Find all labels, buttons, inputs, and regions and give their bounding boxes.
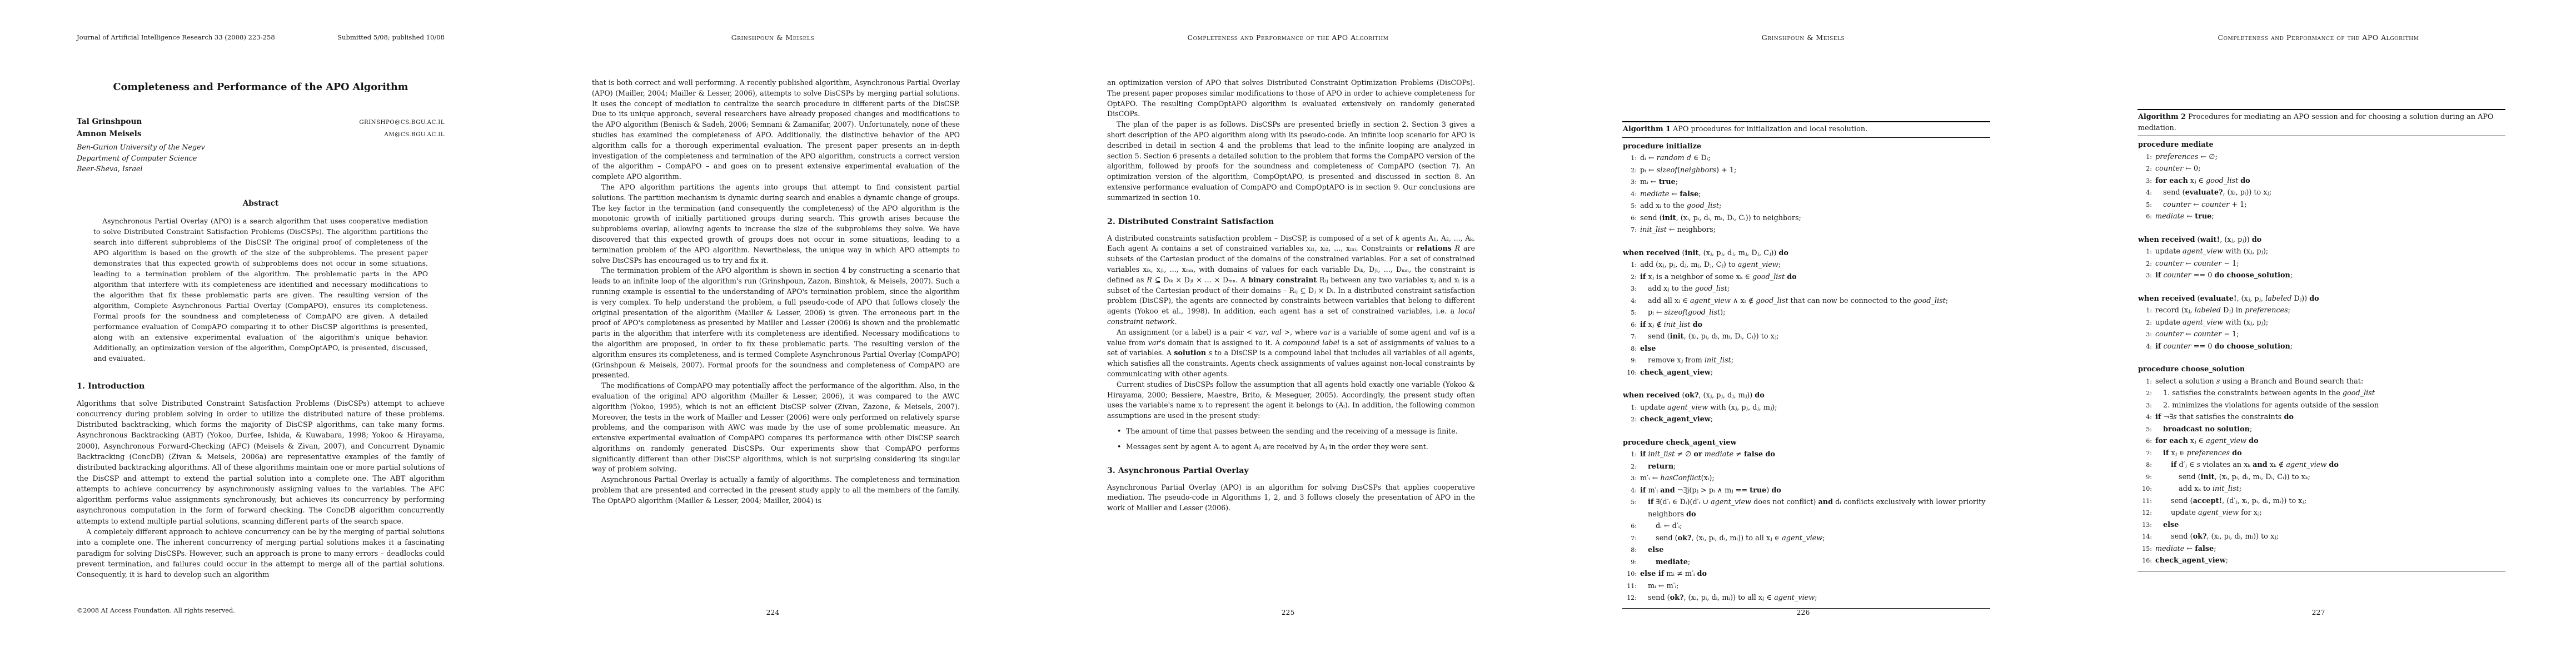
affiliation-line: Beer-Sheva, Israel [77, 163, 445, 175]
author-row: Tal Grinshpoun GRINSHPO@CS.BGU.AC.IL [77, 116, 445, 128]
line-content: send (ok?, (xᵢ, pᵢ, dᵢ, mᵢ)) to all xⱼ ∈… [1640, 592, 1990, 604]
line-content: 2. minimizes the violations for agents o… [2155, 400, 2505, 412]
algorithm-line: 7:if xⱼ ∈ preferences do [2137, 447, 2505, 460]
line-content: counter ← counter − 1; [2155, 258, 2505, 270]
paragraph: Current studies of DisCSPs follow the as… [1107, 380, 1475, 421]
affiliation-line: Department of Computer Science [77, 153, 445, 164]
line-number: 6: [2137, 435, 2155, 447]
algorithm-line: 6:dᵢ ← d′ᵢ; [1622, 520, 1990, 532]
line-number: 4: [2137, 411, 2155, 424]
algorithm-line: 3:mᵢ ← true; [1622, 176, 1990, 188]
algorithm-line: 2:return; [1622, 461, 1990, 473]
line-content: else [1640, 343, 1990, 355]
algorithm-line: 4:if ¬∃s that satisfies the constraints … [2137, 411, 2505, 424]
page-225: Completeness and Performance of the APO … [1030, 0, 1546, 667]
line-number: 10: [1622, 568, 1640, 580]
algorithm-line: 5:broadcast no solution; [2137, 424, 2505, 436]
algorithm-line: 3:2. minimizes the violations for agents… [2137, 400, 2505, 412]
line-content: broadcast no solution; [2155, 424, 2505, 436]
line-content: check_agent_view; [1640, 414, 1990, 426]
line-content: pᵢ ← sizeof(good_list); [1640, 307, 1990, 319]
line-content: m′ᵢ ← hasConflict(xᵢ); [1640, 472, 1990, 485]
algorithm-line: 4:add all xₗ ∈ agent_view ∧ xₗ ∉ good_li… [1622, 295, 1990, 307]
line-number: 3: [1622, 176, 1640, 188]
algorithm-line: 4:if counter == 0 do choose_solution; [2137, 341, 2505, 353]
algorithm-line: 4:send (evaluate?, (xᵢ, pᵢ)) to xⱼ; [2137, 187, 2505, 199]
document-canvas: { "pages": { "p223": { "header_left": "J… [0, 0, 2576, 667]
paragraph: The termination problem of the APO algor… [592, 266, 960, 381]
paragraph: The plan of the paper is as follows. Dis… [1107, 120, 1475, 203]
algorithm-line: 7:send (init, (xᵢ, pᵢ, dᵢ, mᵢ, Dᵢ, Cᵢ)) … [1622, 331, 1990, 343]
algorithm-line: 3:counter ← counter − 1; [2137, 328, 2505, 341]
algorithm-line: 7:init_list ← neighbors; [1622, 224, 1990, 236]
line-content: send (ok?, (xᵢ, pᵢ, dᵢ, mᵢ)) to xⱼ; [2155, 531, 2505, 543]
line-number: 8: [1622, 343, 1640, 355]
algorithm-group: procedure check_agent_view1:if init_list… [1622, 437, 1990, 604]
page-227: Completeness and Performance of the APO … [2061, 0, 2576, 667]
line-content: update agent_view for xⱼ; [2155, 507, 2505, 519]
algorithm-line: 15:mediate ← false; [2137, 543, 2505, 555]
algorithm-line: 13:else [2137, 519, 2505, 531]
line-number: 6: [2137, 211, 2155, 223]
algorithm-group-header: when received (init, (xⱼ, pⱼ, dⱼ, mⱼ, Dⱼ… [1622, 247, 1990, 260]
bullet-icon: • [1117, 426, 1126, 437]
algorithm-line: 3:add xⱼ to the good_list; [1622, 283, 1990, 295]
algorithm-group-header: when received (ok?, (xⱼ, pⱼ, dⱼ, mⱼ)) do [1622, 390, 1990, 402]
paper-title: Completeness and Performance of the APO … [77, 81, 445, 93]
algorithm-group: when received (init, (xⱼ, pⱼ, dⱼ, mⱼ, Dⱼ… [1622, 247, 1990, 379]
line-content: for each xⱼ ∈ agent_view do [2155, 435, 2505, 447]
line-content: if counter == 0 do choose_solution; [2155, 341, 2505, 353]
line-number: 9: [2137, 471, 2155, 484]
line-content: update agent_view with (xⱼ, pⱼ); [2155, 246, 2505, 258]
algorithm-line: 9:mediate; [1622, 556, 1990, 569]
line-content: mediate ← false; [1640, 188, 1990, 201]
algorithm-line: 9:remove xⱼ from init_list; [1622, 355, 1990, 367]
algorithm-line: 3:for each xⱼ ∈ good_list do [2137, 175, 2505, 187]
line-number: 2: [2137, 317, 2155, 329]
submission-note: Submitted 5/08; published 10/08 [337, 33, 445, 41]
line-number: 6: [1622, 520, 1640, 532]
algorithm-line: 8:if d′ⱼ ∈ s violates an xₖ and xₖ ∉ age… [2137, 459, 2505, 471]
line-number: 5: [1622, 200, 1640, 212]
line-content: send (init, (xᵢ, pᵢ, dᵢ, mᵢ, Dᵢ, Cᵢ)) to… [1640, 331, 1990, 343]
algorithm-caption: Algorithm 1 APO procedures for initializ… [1622, 122, 1990, 138]
intro-paragraph: Algorithms that solve Distributed Constr… [77, 399, 445, 527]
line-number: 4: [1622, 188, 1640, 201]
line-number: 7: [1622, 224, 1640, 236]
line-number: 1: [2137, 305, 2155, 317]
line-number: 7: [2137, 447, 2155, 460]
page-number: 225 [1030, 608, 1546, 616]
line-content: else [1640, 544, 1990, 556]
line-content: init_list ← neighbors; [1640, 224, 1990, 236]
line-number: 12: [2137, 507, 2155, 519]
algorithm-line: 16:check_agent_view; [2137, 555, 2505, 567]
line-content: add xₖ to init_list; [2155, 483, 2505, 495]
running-head: Completeness and Performance of the APO … [2061, 33, 2576, 42]
line-number: 5: [1622, 496, 1640, 520]
page-number: 226 [1546, 608, 2061, 616]
line-content: else [2155, 519, 2505, 531]
bullet-item: •The amount of time that passes between … [1117, 426, 1475, 437]
algorithm-line: 6:for each xⱼ ∈ agent_view do [2137, 435, 2505, 447]
line-content: return; [1640, 461, 1990, 473]
line-content: record (xⱼ, labeled Dⱼ) in preferences; [2155, 305, 2505, 317]
page-224: Grinshpoun & Meisels that is both correc… [515, 0, 1030, 667]
line-content: mediate ← true; [2155, 211, 2505, 223]
algorithm-group-header: procedure check_agent_view [1622, 437, 1990, 449]
paragraph: an optimization version of APO that solv… [1107, 78, 1475, 120]
algorithm-group: procedure initialize1:dᵢ ← random d ∈ Dᵢ… [1622, 141, 1990, 236]
line-content: else if mᵢ ≠ m′ᵢ do [1640, 568, 1990, 580]
line-number: 1: [1622, 402, 1640, 414]
line-content: update agent_view with (xⱼ, pⱼ, dⱼ, mⱼ); [1640, 402, 1990, 414]
line-number: 1: [1622, 449, 1640, 461]
section-heading-introduction: 1. Introduction [77, 381, 445, 391]
algorithm-line: 1:dᵢ ← random d ∈ Dᵢ; [1622, 152, 1990, 165]
line-number: 9: [1622, 556, 1640, 569]
line-number: 7: [1622, 532, 1640, 545]
algorithm-line: 12:update agent_view for xⱼ; [2137, 507, 2505, 519]
algorithm-line: 2:counter ← counter − 1; [2137, 258, 2505, 270]
algorithm-line: 11:mᵢ ← m′ᵢ; [1622, 580, 1990, 593]
line-number: 2: [1622, 165, 1640, 177]
algorithm-line: 7:send (ok?, (xᵢ, pᵢ, dᵢ, mᵢ)) to all xⱼ… [1622, 532, 1990, 545]
page-number: 227 [2061, 608, 2576, 616]
algorithm-line: 2:pᵢ ← sizeof(neighbors) + 1; [1622, 165, 1990, 177]
algorithm-line: 5:counter ← counter + 1; [2137, 199, 2505, 211]
line-number: 1: [1622, 152, 1640, 165]
line-number: 1: [1622, 259, 1640, 271]
line-content: if xⱼ ∈ preferences do [2155, 447, 2505, 460]
line-number: 2: [2137, 163, 2155, 175]
line-number: 2: [2137, 258, 2155, 270]
paragraph: The APO algorithm partitions the agents … [592, 182, 960, 266]
algorithm-line: 1:preferences ← ∅; [2137, 151, 2505, 163]
line-number: 4: [1622, 485, 1640, 497]
journal-reference: Journal of Artificial Intelligence Resea… [77, 33, 275, 41]
algorithm-line: 1:update agent_view with (xⱼ, pⱼ); [2137, 246, 2505, 258]
line-content: if xⱼ ∉ init_list do [1640, 319, 1990, 331]
line-number: 12: [1622, 592, 1640, 604]
algorithm-line: 8:else [1622, 343, 1990, 355]
line-content: select a solution s using a Branch and B… [2155, 376, 2505, 388]
line-content: preferences ← ∅; [2155, 151, 2505, 163]
line-content: if d′ⱼ ∈ s violates an xₖ and xₖ ∉ agent… [2155, 459, 2505, 471]
line-number: 5: [2137, 424, 2155, 436]
line-number: 13: [2137, 519, 2155, 531]
algorithm-body: procedure mediate1:preferences ← ∅;2:cou… [2137, 136, 2505, 571]
line-number: 14: [2137, 531, 2155, 543]
line-content: counter ← 0; [2155, 163, 2505, 175]
line-content: pᵢ ← sizeof(neighbors) + 1; [1640, 165, 1990, 177]
line-number: 8: [2137, 459, 2155, 471]
line-number: 1: [2137, 246, 2155, 258]
bullet-text: Messages sent by agent Aᵢ to agent Aⱼ ar… [1126, 442, 1475, 452]
algorithm-group: when received (ok?, (xⱼ, pⱼ, dⱼ, mⱼ)) do… [1622, 390, 1990, 426]
author-email: AM@CS.BGU.AC.IL [384, 129, 445, 141]
algorithm-line: 1:add (xⱼ, pⱼ, dⱼ, mⱼ, Dⱼ, Cⱼ) to agent_… [1622, 259, 1990, 271]
line-number: 4: [2137, 187, 2155, 199]
algorithm-line: 11:send (accept!, (d′ⱼ, xᵢ, pᵢ, dᵢ, mᵢ))… [2137, 495, 2505, 507]
line-number: 6: [1622, 212, 1640, 225]
algorithm-group-header: when received (evaluate!, (xⱼ, pⱼ, label… [2137, 293, 2505, 305]
running-head: Grinshpoun & Meisels [1546, 33, 2061, 42]
line-number: 3: [2137, 175, 2155, 187]
line-number: 5: [1622, 307, 1640, 319]
page-226: Grinshpoun & Meisels Algorithm 1 APO pro… [1546, 0, 2061, 667]
algorithm-line: 10:add xₖ to init_list; [2137, 483, 2505, 495]
algorithm-line: 5:add xᵢ to the good_list; [1622, 200, 1990, 212]
line-content: send (init, (xᵢ, pᵢ, dᵢ, mᵢ, Dᵢ, Cᵢ)) to… [1640, 212, 1990, 225]
line-number: 2: [1622, 461, 1640, 473]
line-content: add xᵢ to the good_list; [1640, 200, 1990, 212]
line-content: mediate; [1640, 556, 1990, 569]
line-content: if xⱼ is a neighbor of some xₖ ∈ good_li… [1640, 271, 1990, 283]
line-content: add (xⱼ, pⱼ, dⱼ, mⱼ, Dⱼ, Cⱼ) to agent_vi… [1640, 259, 1990, 271]
abstract-text: Asynchronous Partial Overlay (APO) is a … [93, 216, 428, 364]
paragraph: Asynchronous Partial Overlay is actually… [592, 475, 960, 506]
line-number: 4: [2137, 341, 2155, 353]
algorithm-line: 2:update agent_view with (xⱼ, pⱼ); [2137, 317, 2505, 329]
line-number: 7: [1622, 331, 1640, 343]
algorithm-2-box: Algorithm 2 Procedures for mediating an … [2137, 109, 2505, 571]
page-223: Journal of Artificial Intelligence Resea… [0, 0, 515, 667]
algorithm-line: 5:if ∃(d′ᵢ ∈ Dᵢ)(d′ᵢ ∪ agent_view does n… [1622, 496, 1990, 520]
algorithm-line: 6:mediate ← true; [2137, 211, 2505, 223]
intro-paragraph: A completely different approach to achie… [77, 527, 445, 580]
algorithm-line: 12:send (ok?, (xᵢ, pᵢ, dᵢ, mᵢ)) to all x… [1622, 592, 1990, 604]
line-number: 4: [1622, 295, 1640, 307]
algorithm-group: procedure choose_solution1:select a solu… [2137, 364, 2505, 567]
line-content: counter ← counter + 1; [2155, 199, 2505, 211]
line-content: add all xₗ ∈ agent_view ∧ xₗ ∉ good_list… [1640, 295, 1990, 307]
line-content: if init_list ≠ ∅ or mediate ≠ false do [1640, 449, 1990, 461]
section-heading: 2. Distributed Constraint Satisfaction [1107, 217, 1475, 227]
algorithm-line: 1:select a solution s using a Branch and… [2137, 376, 2505, 388]
bullet-text: The amount of time that passes between t… [1126, 426, 1475, 437]
affiliation-line: Ben-Gurion University of the Negev [77, 142, 445, 153]
line-content: check_agent_view; [2155, 555, 2505, 567]
paragraph: Asynchronous Partial Overlay (APO) is an… [1107, 482, 1475, 514]
paragraph: An assignment (or a label) is a pair < v… [1107, 327, 1475, 380]
line-number: 9: [1622, 355, 1640, 367]
author-email: GRINSHPO@CS.BGU.AC.IL [359, 117, 445, 128]
algorithm-line: 10:else if mᵢ ≠ m′ᵢ do [1622, 568, 1990, 580]
line-content: if ¬∃s that satisfies the constraints do [2155, 411, 2505, 424]
author-row: Amnon Meisels AM@CS.BGU.AC.IL [77, 128, 445, 141]
author-name: Tal Grinshpoun [77, 116, 142, 128]
bullet-icon: • [1117, 442, 1126, 452]
line-content: check_agent_view; [1640, 367, 1990, 379]
line-content: mediate ← false; [2155, 543, 2505, 555]
line-number: 3: [1622, 283, 1640, 295]
author-block: Tal Grinshpoun GRINSHPO@CS.BGU.AC.IL Amn… [77, 116, 445, 175]
algorithm-group: when received (wait!, (xⱼ, pⱼ)) do1:upda… [2137, 234, 2505, 282]
algorithm-line: 9:send (init, (xᵢ, pᵢ, dᵢ, mᵢ, Dᵢ, Cᵢ)) … [2137, 471, 2505, 484]
journal-header: Journal of Artificial Intelligence Resea… [77, 33, 445, 41]
algorithm-group-header: when received (wait!, (xⱼ, pⱼ)) do [2137, 234, 2505, 246]
line-number: 5: [2137, 199, 2155, 211]
algorithm-line: 10:check_agent_view; [1622, 367, 1990, 379]
paragraph: that is both correct and well performing… [592, 78, 960, 182]
algorithm-line: 14:send (ok?, (xᵢ, pᵢ, dᵢ, mᵢ)) to xⱼ; [2137, 531, 2505, 543]
line-number: 3: [2137, 270, 2155, 282]
affiliation: Ben-Gurion University of the Negev Depar… [77, 142, 445, 175]
line-number: 3: [2137, 328, 2155, 341]
algorithm-line: 2:check_agent_view; [1622, 414, 1990, 426]
line-number: 6: [1622, 319, 1640, 331]
algorithm-line: 4:if m′ᵢ and ¬∃j(pⱼ > pᵢ ∧ mⱼ == true) d… [1622, 485, 1990, 497]
line-number: 2: [1622, 414, 1640, 426]
line-content: if counter == 0 do choose_solution; [2155, 270, 2505, 282]
paragraph: The modifications of CompAPO may potenti… [592, 381, 960, 475]
line-number: 1: [2137, 376, 2155, 388]
line-content: if ∃(d′ᵢ ∈ Dᵢ)(d′ᵢ ∪ agent_view does not… [1640, 496, 1990, 520]
line-content: send (evaluate?, (xᵢ, pᵢ)) to xⱼ; [2155, 187, 2505, 199]
algorithm-line: 8:else [1622, 544, 1990, 556]
line-number: 11: [1622, 580, 1640, 593]
algorithm-group-header: procedure choose_solution [2137, 364, 2505, 376]
algorithm-line: 1:if init_list ≠ ∅ or mediate ≠ false do [1622, 449, 1990, 461]
line-number: 11: [2137, 495, 2155, 507]
line-content: remove xⱼ from init_list; [1640, 355, 1990, 367]
abstract-heading: Abstract [77, 199, 445, 208]
algorithm-group: when received (evaluate!, (xⱼ, pⱼ, label… [2137, 293, 2505, 353]
algorithm-group-header: procedure initialize [1622, 141, 1990, 153]
line-content: for each xⱼ ∈ good_list do [2155, 175, 2505, 187]
algorithm-1-box: Algorithm 1 APO procedures for initializ… [1622, 121, 1990, 609]
line-content: dᵢ ← random d ∈ Dᵢ; [1640, 152, 1990, 165]
line-number: 10: [2137, 483, 2155, 495]
line-content: update agent_view with (xⱼ, pⱼ); [2155, 317, 2505, 329]
algorithm-group: procedure mediate1:preferences ← ∅;2:cou… [2137, 139, 2505, 223]
paragraph: A distributed constraints satisfaction p… [1107, 233, 1475, 327]
page-number: 224 [515, 608, 1030, 616]
page-body: an optimization version of APO that solv… [1030, 0, 1546, 514]
algorithm-line: 3:if counter == 0 do choose_solution; [2137, 270, 2505, 282]
line-content: add xⱼ to the good_list; [1640, 283, 1990, 295]
copyright-footer: ©2008 AI Access Foundation. All rights r… [77, 607, 235, 614]
line-content: if m′ᵢ and ¬∃j(pⱼ > pᵢ ∧ mⱼ == true) do [1640, 485, 1990, 497]
algorithm-line: 3:m′ᵢ ← hasConflict(xᵢ); [1622, 472, 1990, 485]
bullet-item: •Messages sent by agent Aᵢ to agent Aⱼ a… [1117, 442, 1475, 452]
algorithm-line: 6:if xⱼ ∉ init_list do [1622, 319, 1990, 331]
line-number: 10: [1622, 367, 1640, 379]
algorithm-caption: Algorithm 2 Procedures for mediating an … [2137, 110, 2505, 136]
section-heading: 3. Asynchronous Partial Overlay [1107, 466, 1475, 476]
line-content: send (ok?, (xᵢ, pᵢ, dᵢ, mᵢ)) to all xⱼ ∈… [1640, 532, 1990, 545]
running-head: Completeness and Performance of the APO … [1030, 33, 1546, 42]
line-content: mᵢ ← m′ᵢ; [1640, 580, 1990, 593]
algorithm-line: 1:update agent_view with (xⱼ, pⱼ, dⱼ, mⱼ… [1622, 402, 1990, 414]
algorithm-line: 2:if xⱼ is a neighbor of some xₖ ∈ good_… [1622, 271, 1990, 283]
line-content: send (init, (xᵢ, pᵢ, dᵢ, mᵢ, Dᵢ, Cᵢ)) to… [2155, 471, 2505, 484]
algorithm-group-header: procedure mediate [2137, 139, 2505, 151]
line-number: 1: [2137, 151, 2155, 163]
algorithm-line: 2:1. satisfies the constraints between a… [2137, 387, 2505, 400]
line-content: counter ← counter − 1; [2155, 328, 2505, 341]
line-content: send (accept!, (d′ⱼ, xᵢ, pᵢ, dᵢ, mᵢ)) to… [2155, 495, 2505, 507]
algorithm-line: 2:counter ← 0; [2137, 163, 2505, 175]
line-number: 8: [1622, 544, 1640, 556]
line-content: 1. satisfies the constraints between age… [2155, 387, 2505, 400]
line-number: 3: [1622, 472, 1640, 485]
line-number: 3: [2137, 400, 2155, 412]
page-body: that is both correct and well performing… [515, 0, 1030, 506]
algorithm-line: 6:send (init, (xᵢ, pᵢ, dᵢ, mᵢ, Dᵢ, Cᵢ)) … [1622, 212, 1990, 225]
author-name: Amnon Meisels [77, 128, 141, 140]
line-content: dᵢ ← d′ᵢ; [1640, 520, 1990, 532]
line-number: 2: [1622, 271, 1640, 283]
line-number: 15: [2137, 543, 2155, 555]
algorithm-line: 4:mediate ← false; [1622, 188, 1990, 201]
algorithm-line: 1:record (xⱼ, labeled Dⱼ) in preferences… [2137, 305, 2505, 317]
line-number: 16: [2137, 555, 2155, 567]
line-number: 2: [2137, 387, 2155, 400]
line-content: mᵢ ← true; [1640, 176, 1990, 188]
algorithm-body: procedure initialize1:dᵢ ← random d ∈ Dᵢ… [1622, 138, 1990, 608]
algorithm-line: 5:pᵢ ← sizeof(good_list); [1622, 307, 1990, 319]
running-head: Grinshpoun & Meisels [515, 33, 1030, 42]
